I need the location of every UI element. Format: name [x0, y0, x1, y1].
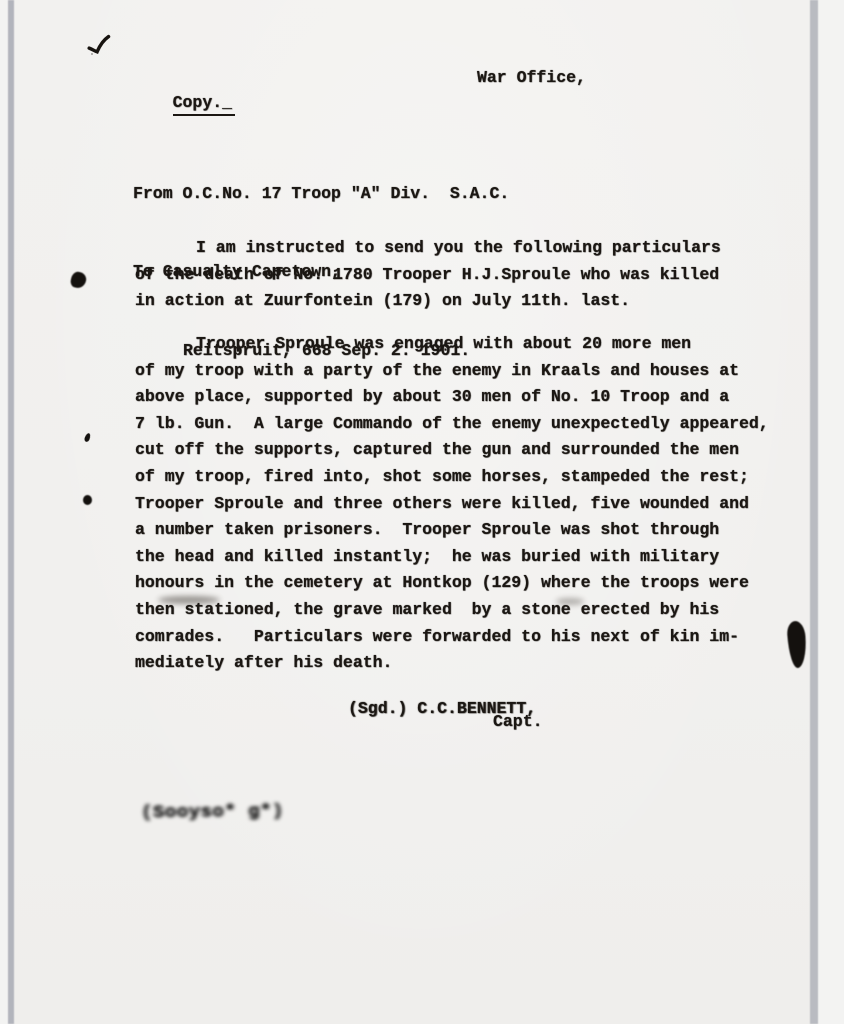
signature-rank: Capt. [493, 712, 543, 732]
text-line: comrades. Particulars were forwarded to … [135, 624, 769, 651]
text-line: then stationed, the grave marked by a st… [135, 597, 769, 624]
text-line: honours in the cemetery at Hontkop (129)… [135, 570, 769, 597]
text-line: Trooper Sproule was engaged with about 2… [135, 331, 769, 358]
scan-margin-right [818, 0, 844, 1024]
text-line: the head and killed instantly; he was bu… [135, 544, 769, 571]
text-line: cut off the supports, captured the gun a… [135, 437, 769, 464]
ink-speck-left-margin [84, 432, 92, 442]
text-line: a number taken prisoners. Trooper Sproul… [135, 517, 769, 544]
document-page: Copy._ War Office, From O.C.No. 17 Troop… [0, 0, 844, 1024]
footer-stamp-illegible: (Sooyso* g*) [141, 801, 284, 823]
scan-margin-left [0, 0, 8, 1024]
text-line: of my troop with a party of the enemy in… [135, 358, 769, 385]
text-line: in action at Zuurfontein (179) on July 1… [135, 288, 721, 315]
text-line: above place, supported by about 30 men o… [135, 384, 769, 411]
ink-dot-left-margin [83, 495, 92, 505]
pen-checkmark-ink [86, 33, 114, 59]
page-edge-left [8, 0, 14, 1024]
ink-blot-right-margin [786, 620, 807, 668]
page-edge-right [810, 0, 818, 1024]
war-office-heading: War Office, [477, 68, 586, 88]
text-line: 7 lb. Gun. A large Commando of the enemy… [135, 411, 769, 438]
text-line: mediately after his death. [135, 650, 769, 677]
text-line: I am instructed to send you the followin… [135, 235, 721, 262]
text-line: of my troop, fired into, shot some horse… [135, 464, 769, 491]
paragraph-2: Trooper Sproule was engaged with about 2… [135, 331, 769, 677]
ink-blot-left-margin [70, 271, 88, 290]
copy-label: Copy._ [133, 73, 235, 136]
text-line: Trooper Sproule and three others were ki… [135, 491, 769, 518]
paragraph-1: I am instructed to send you the followin… [135, 235, 721, 315]
text-line: of the death of No. 1780 Trooper H.J.Spr… [135, 262, 721, 289]
from-line: From O.C.No. 17 Troop "A" Div. S.A.C. [133, 181, 509, 207]
copy-label-text: Copy._ [173, 93, 235, 116]
